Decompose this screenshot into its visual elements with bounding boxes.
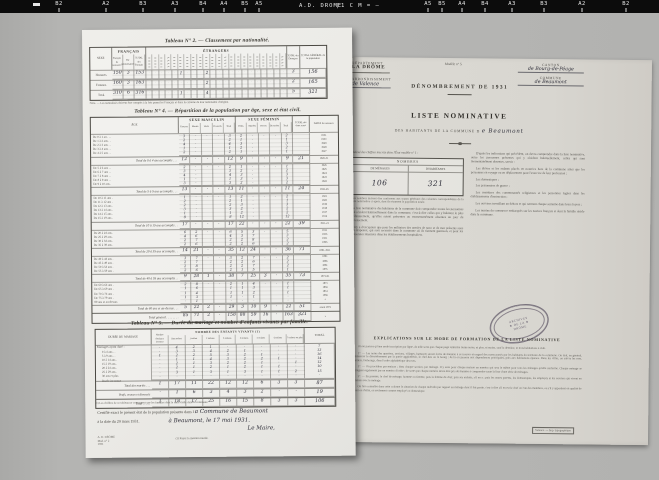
handwritten-value: · [190, 156, 201, 161]
stat-cell: · [260, 255, 272, 272]
table2-header: SEXEFRANÇAISFrançais de naissancePar nat… [90, 46, 326, 70]
enfants-cell: · [152, 390, 169, 398]
handwritten-value: 14 [180, 248, 191, 253]
stat-cell: · · · · · [248, 164, 260, 186]
stat-cell: · [271, 274, 282, 281]
handwritten-value: 9 [236, 156, 247, 161]
stat-cell: · [214, 256, 226, 273]
handwritten-value: 16 [260, 312, 271, 317]
ruler-tick [442, 8, 443, 12]
handwritten-value: 3 [288, 380, 304, 385]
dot-mark: · [210, 70, 215, 74]
handwritten-value: 22 [283, 304, 294, 309]
stat-cell: 36 [282, 247, 293, 254]
handwritten-stack: 2 1 3 2 2 12 [236, 195, 247, 220]
handwritten-value: 24 [248, 247, 259, 252]
handwritten-value: 85 [180, 313, 191, 318]
ruler-grid-label: B3 [139, 1, 147, 7]
ruler-tick [224, 8, 225, 12]
row-label: Hommes. [90, 71, 112, 80]
stat-cell: 1 2 2 3 1 8 [179, 195, 191, 221]
ruler-tick [544, 8, 545, 12]
handwritten-value: 1 [152, 381, 168, 386]
stat-cell: 29 [226, 305, 237, 312]
col-header-total-etrangers: TOTAL des Étrangers [287, 46, 300, 68]
handwritten-stack: 3 7 8 6 [248, 229, 259, 245]
handwritten-stack: 7 13 16 14 12 10 15 · [305, 344, 334, 377]
age-lines: De 60 à 64 ans . De 65 à 69 ans . De 70 … [92, 283, 180, 305]
ruler-tick [512, 8, 513, 12]
dot-mark: · [159, 80, 164, 84]
stat-cell: 7 7 8 6 [191, 256, 203, 273]
handwritten-value: · [202, 156, 213, 161]
stat-cell: 8 6 4 3 1 [192, 282, 204, 304]
handwritten-value: 24 [293, 186, 309, 191]
dates-cell: 1926 1925 1924 1923 1922 [310, 163, 338, 185]
handwritten-value: · [214, 248, 225, 253]
handwritten-stack: · [259, 164, 269, 168]
stat-cell: 35 [225, 248, 236, 255]
handwritten-stack: · [271, 229, 281, 233]
stat-cell: 9 [180, 274, 191, 281]
nationality-label-smudge [205, 56, 207, 67]
row-label: Total des mariés . . . [96, 381, 152, 389]
handwritten-value: 21 [191, 248, 202, 253]
col-header-total: TOTAL [305, 328, 335, 343]
age-lines: De 5 à 6 ans . . De 6 à 7 ans . . De 7 à… [91, 165, 179, 187]
handwritten-stack: 5 3 2 2 [282, 229, 293, 245]
ruler-grid-label: B4 [199, 1, 207, 7]
stat-cell: · [270, 133, 282, 155]
handwritten-value: · [271, 221, 282, 226]
dot-mark: · [217, 80, 222, 84]
dot-mark: · [274, 89, 279, 93]
age-lines: De 20 à 24 ans . De 25 à 29 ans . De 30 … [92, 230, 180, 248]
rayer-note: (1) Rayer la mention inutile. [176, 437, 209, 441]
enfants-cell: 6 [254, 380, 271, 388]
table4-group-row: De 0 à 1 an . . . De 1 à 2 ans . . De 2 … [91, 132, 338, 157]
handwritten-stack: · · · 1 · 1 1 · [271, 344, 287, 377]
male-subheaders: GarçonsMariésVeufsDivorcésTotal [179, 123, 235, 133]
ruler-tick [462, 8, 463, 12]
handwritten-value: 9 [282, 156, 293, 161]
certification-line2: à la date du 29 mars 1931. à Beaumont, l… [97, 417, 347, 425]
total-cell: 71 [294, 247, 311, 254]
table4-group-row: De 20 à 24 ans . De 25 à 29 ans . De 30 … [92, 227, 339, 248]
handwritten-stack: · 1 2 2 2 2 3 · [237, 345, 253, 378]
francais-cell: 6 [124, 91, 135, 100]
enfants-cell: · · 1 2 1 1 1 · [254, 344, 271, 379]
film-frame-mark [33, 3, 40, 6]
subheader-female: Filles [236, 123, 247, 133]
handwritten-stack: 2 3 4 1 3 [225, 164, 236, 185]
stamp-line2: ★ DE LA ★ [509, 320, 529, 329]
francais-cell: 310 [113, 91, 124, 100]
handwritten-value: 9 [260, 304, 271, 309]
handwritten-value: · [202, 187, 213, 192]
ruler-tick [106, 8, 107, 12]
francais-cell: 160 [112, 81, 123, 90]
stat-cell: · [270, 164, 282, 186]
total-cell [294, 229, 311, 247]
handwritten-value: · [271, 389, 287, 394]
handwritten-value: 3 [271, 380, 287, 385]
stat-cell: · [259, 186, 270, 193]
handwritten-value: · [259, 186, 270, 191]
handwritten-value: 158 [226, 313, 237, 318]
stat-cell: 9 [236, 156, 247, 163]
departement-block: DÉPARTEMENT LA DRÔME ARRONDISSEMENT de V… [352, 61, 392, 88]
ruler-tick [203, 8, 204, 12]
dot-mark: · [281, 89, 286, 93]
liste-nominative-title: LISTE NOMINATIVE [379, 111, 539, 121]
age-lines: De 40 à 44 ans . De 45 à 49 ans . De 50 … [92, 256, 180, 274]
ruler-grid-label: A3 [171, 1, 179, 7]
ruler-tick [143, 8, 144, 12]
stat-cell: · [213, 164, 225, 186]
handwritten-value: · [259, 156, 270, 161]
francais-cell: 3 [123, 71, 134, 80]
dot-mark: · [236, 80, 241, 84]
enfants-cell: 3 [288, 380, 305, 388]
ruler-grid-label: B5 [438, 1, 446, 7]
handwritten-value: 165 [300, 79, 325, 86]
stat-cell: 3 2 2 2 [180, 256, 192, 273]
dates-cell: 1871-91 [311, 273, 339, 280]
stat-cell: 2 1 3 2 1 [236, 134, 248, 156]
handwritten-value: 156 [300, 69, 325, 76]
table4-group-row: De 10 à 11 ans . De 11 à 12 ans . De 12 … [91, 193, 338, 222]
age-lines: De 0 à 1 an . . . De 1 à 2 ans . . De 2 … [91, 134, 179, 156]
handwritten-stack: · · · · · [190, 134, 201, 155]
enfants-cell: 4 [220, 390, 237, 398]
left-column-paragraphs: La liste nominative des habitants de la … [351, 207, 463, 239]
explications-paragraph: On ne portera qu'une seule inscription p… [352, 345, 582, 351]
handwritten-stack: · [271, 255, 281, 259]
handwritten-value: 12 [237, 248, 248, 253]
total-general-cell: 165 [300, 79, 326, 88]
stat-cell: 35 [283, 274, 294, 281]
stat-cell: 1 2 2 3 1 8 [225, 195, 237, 221]
dot-mark: · [229, 70, 234, 74]
enfants-subheader: 6 enfants [270, 334, 287, 343]
dot-mark: · [166, 80, 171, 84]
enfants-cell: · 1 2 2 2 2 3 · [237, 345, 254, 380]
handwritten-stack: · [271, 282, 281, 286]
handwritten-value: 38 [226, 274, 237, 279]
ruler-grid-label: A5 [255, 1, 263, 7]
handwritten-stack: · [259, 194, 269, 198]
certification-place-date: à Beaumont, le 17 mai 1931. [169, 418, 251, 425]
handwritten-value: 10 [249, 304, 260, 309]
stat-cell: 2 [203, 305, 214, 312]
handwritten-value: 1 [169, 390, 185, 395]
handwritten-value: 17 [180, 222, 191, 227]
enfants-cell: 1 4 5 4 3 2 3 · [203, 345, 220, 380]
stat-cell: 38 [226, 274, 237, 281]
paragraph: Les marins du commerce embarqués sur les… [470, 209, 584, 218]
stat-cell: 3 [260, 274, 271, 281]
stat-cell: · [260, 247, 271, 254]
table4-title: Tableau N° 4. — Répartition de la popula… [83, 107, 353, 115]
francais-cell: 153 [134, 70, 146, 79]
dot-mark: · [172, 70, 177, 74]
handwritten-value: 310 [113, 91, 123, 96]
stat-cell: 1 2 3 3 2 [236, 164, 248, 186]
stat-cell: · [259, 229, 271, 246]
stat-cell: 13 [225, 187, 236, 194]
total-cell: 21 [293, 156, 310, 163]
table4-age-sexe: ÂGESEXE MASCULINGarçonsMariésVeufsDivorc… [90, 115, 341, 324]
handwritten-value: 22 [203, 381, 219, 386]
handwritten-value: 3 [237, 390, 253, 395]
stat-cell: · [248, 186, 259, 193]
handwritten-stack: 7 7 8 6 [191, 256, 202, 272]
nationality-label-smudge [237, 56, 239, 67]
group-enfants: NOMBRE DES ENFANTS VIVANTS (1)Nombre d'e… [152, 328, 305, 344]
handwritten-stack: · [260, 282, 270, 286]
handwritten-value: 11 [186, 381, 202, 386]
enfants-cell: · · · · 1 · 2 · [288, 344, 305, 379]
handwritten-stack: 3 2 4 1 2 [179, 134, 190, 155]
stat-cell: 5 [180, 305, 191, 312]
nationality-label-smudge [173, 56, 175, 67]
handwritten-stack: 1 2 2 3 1 8 [225, 195, 236, 220]
handwritten-stack: · · 1 2 1 1 1 · [254, 344, 270, 377]
ruler-tick [259, 8, 260, 12]
arrondissement-handwriting: de Valence [352, 81, 391, 88]
ruler-grid-label: A2 [578, 1, 586, 7]
paragraph: Les domestiques ; [471, 178, 585, 183]
explications-paragraph: On fera connaître dans cette colonne la … [351, 385, 581, 394]
handwritten-stack: · [203, 229, 213, 233]
dot-mark: · [210, 90, 215, 94]
handwritten-value: 153 [134, 70, 145, 75]
stat-cell: · [214, 221, 225, 228]
ruler-tick [626, 8, 627, 12]
total-cell [293, 194, 310, 220]
dot-mark: · [249, 89, 254, 93]
nationality-label-smudge [275, 56, 277, 67]
table4-group-row: De 60 à 64 ans . De 65 à 69 ans . De 70 … [92, 280, 339, 305]
stat-cell: 17 [180, 222, 191, 229]
handwritten-value: 321 [294, 312, 310, 317]
dot-mark: · [185, 70, 190, 74]
stat-cell: · [214, 229, 226, 246]
group-etrangers: ÉTRANGERS [146, 46, 287, 69]
right-page-right-column: D'après les indications qui précèdent, o… [470, 152, 585, 221]
nationality-label-smudge [281, 55, 283, 66]
handwritten-stack: · · 1 · · · · · [152, 345, 168, 378]
handwritten-stack: · 2 3 3 2 1 1 · [220, 345, 236, 378]
total-general-cell: 156 [300, 69, 326, 78]
dot-mark: · [230, 90, 235, 94]
table5-mariage-enfants: DURÉE DU MARIAGENOMBRE DES ENFANTS VIVAN… [95, 327, 337, 409]
handwritten-value: 29 [226, 305, 237, 310]
dot-mark: · [197, 70, 202, 74]
stat-cell: · [191, 222, 202, 229]
enfants-cell: · 2 3 3 2 1 1 · [220, 345, 237, 380]
handwritten-value: · [272, 312, 283, 317]
handwritten-stack: 6 4 2 2 [225, 229, 236, 245]
enfants-subheader: 5 enfants [253, 334, 270, 343]
stat-cell: · [214, 248, 225, 255]
dot-mark: · [236, 90, 241, 94]
nationality-label-smudge [148, 57, 150, 68]
total-etrangers-cell: 2 [287, 79, 300, 88]
age-lines: De 10 à 11 ans . De 11 à 12 ans . De 12 … [91, 195, 179, 221]
certification-handwriting-1: a Commune de Beaumont [195, 408, 268, 415]
duration-total-cell: 7 13 16 14 12 10 15 · [305, 344, 335, 379]
handwritten-value: 1 [178, 70, 184, 75]
handwritten-value: 5 [180, 305, 191, 310]
enfants-cell: 2 [254, 389, 271, 397]
nombres-values-row: 106 321 [353, 171, 463, 195]
table2-row: Hommes.1503153·····1···2············3156 [90, 68, 326, 80]
dot-mark: · [242, 90, 247, 94]
explications-title: EXPLICATIONS SUR LE MODE DE FORMATION DE… [352, 335, 582, 342]
ruler-grid-label: A5 [424, 1, 432, 7]
enfants-cell: · · · 1 · 1 1 · [271, 344, 288, 379]
nationality-label-smudge [211, 56, 213, 67]
enfants-subheaders: Nombre d'enfants inconnuSans enfant1 enf… [152, 334, 304, 344]
handwritten-value: 11 [236, 187, 247, 192]
stat-cell: 11 [282, 186, 293, 193]
nationality-label-smudge [154, 57, 156, 68]
stat-cell: · [203, 282, 215, 304]
stat-cell: 3 7 8 6 [248, 229, 260, 246]
handwritten-value: 13 [225, 187, 236, 192]
stat-cell: · [203, 248, 214, 255]
total-cell: 24 [293, 186, 310, 193]
handwritten-stack: 2 6 7 6 [191, 230, 202, 246]
stat-cell: · [259, 194, 271, 220]
ruler-tick [485, 8, 486, 12]
habitants-line: DES HABITANTS DE LA COMMUNE D e Beaumont [359, 127, 559, 135]
enfants-subheader: 7 enfants ou plus [287, 334, 304, 343]
stat-cell: · [213, 134, 225, 156]
total-cell: 39 [294, 221, 311, 228]
dot-mark: · [223, 90, 228, 94]
handwritten-stack: 1 2 3 3 2 [236, 164, 247, 185]
printer-imprint: Valence. — Imp. typographique [532, 427, 574, 434]
handwritten-value: · [191, 222, 202, 227]
handwritten-stack: 1 1 1 · · [237, 282, 248, 303]
col-header-total-general: TOTAL GÉNÉRAL de la population [300, 46, 326, 68]
habitants-handwriting: e Beaumont [482, 128, 524, 134]
dot-mark: · [198, 80, 203, 84]
certification-signature: Le Maire, [247, 425, 347, 432]
nationality-label-smudge [231, 56, 233, 67]
dot-mark: · [153, 90, 158, 94]
etrangers-subheaders [146, 53, 286, 69]
total-cell [293, 133, 310, 155]
handwritten-stack: 1 2 3 3 2 [282, 164, 293, 185]
handwritten-value: 35 [225, 248, 236, 253]
stat-cell: · [214, 282, 226, 304]
enfants-subheader: 3 enfants [219, 335, 236, 344]
table2-footnote: Nota. — Les naturalisés doivent être com… [90, 100, 340, 106]
stat-cell: · [202, 195, 214, 221]
stat-cell: · [270, 156, 281, 163]
dot-mark: · [159, 70, 164, 74]
handwritten-value: 25 [248, 274, 259, 279]
stat-cell: · [203, 256, 215, 273]
handwritten-stack: · [213, 134, 223, 138]
stat-cell: 2 1 1 1 · [180, 282, 192, 304]
dates-cell: 1921 1920 1919 1918 1917 1912 [310, 194, 338, 220]
handwritten-value: 2 [204, 70, 210, 75]
dot-mark: · [236, 70, 241, 74]
handwritten-stack: 6 4 2 2 [180, 230, 191, 246]
nationality-label-smudge [218, 56, 220, 67]
handwritten-value: 12 [179, 157, 190, 162]
handwritten-stack: 4 3 2 1 2 2 3 · [169, 345, 185, 378]
handwritten-value: · [288, 389, 304, 394]
enfants-subheader: 1 enfant [185, 335, 202, 344]
paragraph: La liste nominative des habitants de la … [351, 207, 463, 224]
nombres-col1-header: DE MÉNAGES [353, 165, 409, 172]
handwritten-value: 51 [294, 304, 310, 309]
group-francais: FRANÇAISFrançais de naissancePar natural… [112, 47, 146, 69]
dot-mark: · [262, 89, 267, 93]
stat-cell: · [202, 164, 214, 186]
enfants-subheader: Nombre d'enfants inconnu [152, 335, 169, 344]
handwritten-value: 3 [287, 69, 299, 74]
stat-cell: · [271, 221, 282, 228]
dates-cell: 1891-1911 [311, 247, 339, 254]
stat-cell: 2 3 4 1 3 [179, 165, 191, 187]
handwritten-stack: · [203, 282, 213, 286]
nationality-label-smudge [224, 56, 226, 67]
row-label: Total. [91, 91, 113, 100]
stat-cell: 24 [248, 247, 259, 254]
intro-line: Relevé des chiffres inscrits dans l'État… [352, 151, 464, 156]
group-female: SEXE FÉMININFillesMariéesVeuvesDivorcées… [236, 116, 293, 132]
stat-cell: · · · · · · [191, 195, 203, 221]
stat-cell: 22 [283, 304, 294, 311]
ruler-grid-label: B4 [481, 1, 489, 7]
handwritten-value: 3 [203, 390, 219, 395]
handwritten-stack: · [214, 195, 224, 199]
duration-label-cell: Mariages ayant duré :0 à 4 ans . . 5 à 9… [96, 345, 152, 380]
dot-mark: · [198, 90, 203, 94]
enfants-cell: 2 3 2 1 1 1 1 · [186, 345, 203, 380]
handwritten-stack: 4 3 2 1 · [249, 282, 260, 303]
canton-commune-block: CANTON de Bourg-de-Péage COMMUNE de Beau… [518, 63, 584, 87]
stat-cell: 5 3 2 2 [282, 229, 294, 246]
dot-mark: · [261, 79, 266, 83]
paragraph: Les prisonniers de guerre ; [471, 185, 585, 190]
stat-cell: 12 [179, 157, 190, 164]
handwritten-stack: · [202, 134, 212, 138]
handwritten-stack: · [214, 256, 224, 260]
stat-cell: · [270, 186, 281, 193]
handwritten-stack: · · · · · · [191, 195, 202, 220]
handwritten-value: 17 [169, 381, 185, 386]
female-subheaders: FillesMariéesVeuvesDivorcéesTotal [236, 122, 292, 132]
handwritten-value: 2 [204, 80, 210, 85]
menages-value: 106 [372, 179, 388, 188]
dot-mark: · [249, 70, 254, 74]
francais-cell: 316 [135, 90, 147, 99]
stat-cell: · [259, 156, 270, 163]
stat-cell: 2 6 7 6 [191, 230, 203, 247]
stat-cell: 28 [192, 274, 203, 281]
handwritten-stack: · [260, 255, 270, 259]
handwritten-value: 17 [225, 221, 236, 226]
paragraph: Il n'y a d'exception que pour les milita… [351, 226, 463, 239]
